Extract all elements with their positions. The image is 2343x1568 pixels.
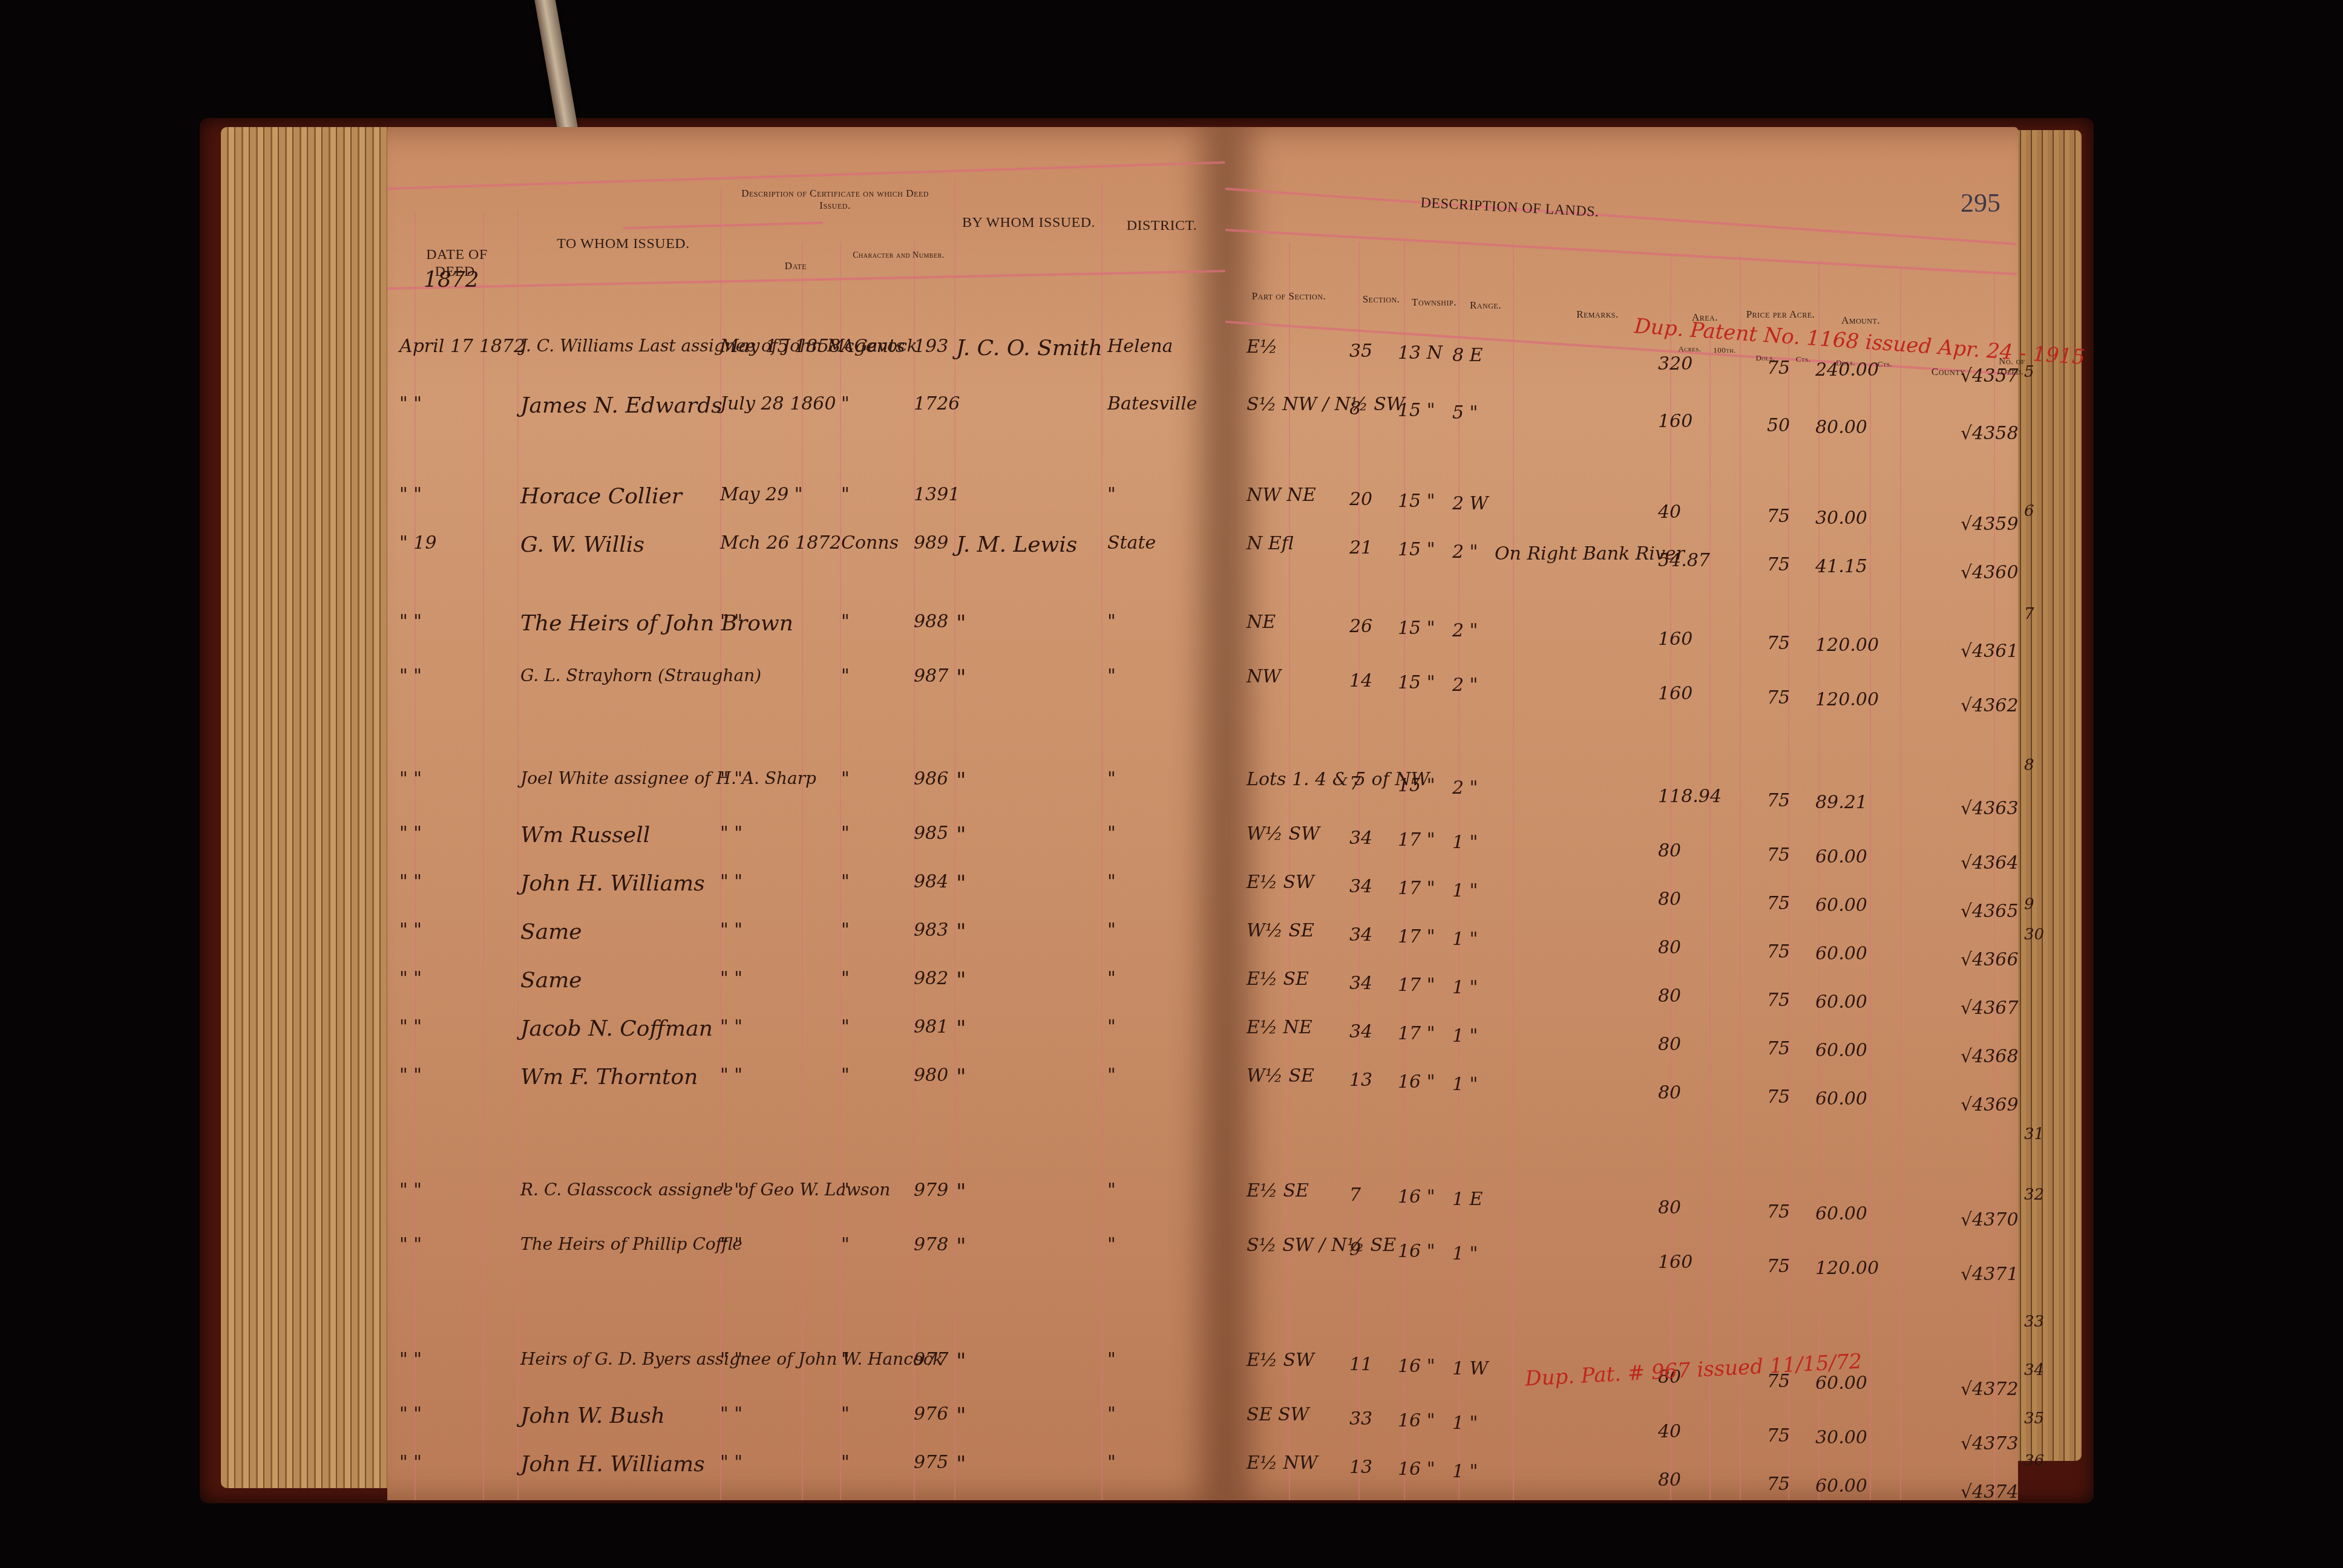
cell-by-whom: "	[956, 1452, 966, 1477]
cell-number: 1726	[914, 393, 960, 414]
margin-line-number: 8	[2024, 756, 2034, 774]
cell-district: "	[1107, 1065, 1116, 1086]
cell-section: 13	[1349, 1457, 1372, 1478]
cell-range: 1 "	[1452, 1461, 1478, 1482]
left-page: Date of Deed. To Whom Issued. Descriptio…	[387, 127, 1225, 1500]
cell-cert-date: May 29 "	[720, 484, 803, 505]
cell-township: 15 "	[1398, 618, 1435, 639]
cell-amount: 30.00	[1815, 508, 1867, 529]
cell-township: 15 "	[1398, 672, 1435, 693]
cell-by-whom: "	[956, 1065, 966, 1089]
margin-line-number: 9	[2024, 895, 2034, 913]
cell-district: "	[1107, 665, 1116, 687]
cell-character: "	[841, 920, 850, 941]
cell-cert-date: " "	[720, 768, 742, 789]
cell-name: Same	[520, 920, 582, 944]
cell-district: "	[1107, 823, 1116, 844]
cell-name: G. L. Strayhorn (Straughan)	[520, 665, 761, 685]
cell-section: 34	[1349, 924, 1372, 946]
cell-name: Wm F. Thornton	[520, 1065, 698, 1089]
col-rule	[1709, 327, 1711, 1500]
cell-amount: 120.00	[1815, 1258, 1879, 1279]
cell-cert-date: " "	[720, 1452, 742, 1473]
cell-part-of-section: E½ SW	[1247, 872, 1314, 893]
cell-township: 16 "	[1398, 1241, 1435, 1262]
cell-number: 981	[914, 1016, 948, 1037]
page-number: 295	[1961, 188, 2001, 218]
cell-deed-no: √4357	[1961, 365, 2018, 387]
cell-part-of-section: W½ SW	[1247, 823, 1320, 844]
cell-number: 982	[914, 968, 948, 989]
cell-date: " "	[399, 1403, 422, 1425]
cell-date: " "	[399, 1016, 422, 1037]
header-price-per-acre: Price per Acre.	[1743, 309, 1818, 321]
cell-number: 983	[914, 920, 948, 941]
cell-number: 979	[914, 1180, 948, 1201]
cell-part-of-section: E½	[1247, 336, 1277, 358]
cell-part-of-section: NW NE	[1247, 485, 1316, 506]
cell-number: 985	[914, 823, 948, 844]
header-top-rule	[387, 161, 1225, 190]
cell-date: " "	[399, 665, 422, 687]
cell-name: Horace Collier	[520, 484, 682, 509]
year-label: 1872	[424, 267, 479, 292]
cell-amount: 41.15	[1815, 556, 1867, 577]
cell-price-cts: 50	[1767, 415, 1790, 436]
cell-amount: 60.00	[1815, 1373, 1867, 1394]
cell-cert-date: July 28 1860	[720, 393, 836, 414]
cell-amount: 120.00	[1815, 635, 1879, 656]
col-rule	[1670, 254, 1671, 1500]
cell-amount: 60.00	[1815, 846, 1867, 867]
cell-cert-date: " "	[720, 1349, 742, 1370]
cell-range: 1 "	[1452, 977, 1478, 998]
header-certificate-date: Date	[762, 260, 829, 272]
cell-township: 15 "	[1398, 775, 1435, 796]
cell-section: 35	[1349, 341, 1372, 362]
cell-character: "	[841, 1349, 850, 1370]
cell-section: 21	[1349, 537, 1372, 558]
cell-character: "	[841, 1016, 850, 1037]
cell-number: 980	[914, 1065, 948, 1086]
cell-district: "	[1107, 1016, 1116, 1037]
cell-cert-date: " "	[720, 920, 742, 941]
cell-character: "	[841, 484, 850, 505]
cell-range: 2 W	[1452, 493, 1488, 514]
certificate-sub-rule	[623, 221, 823, 229]
cell-section: 33	[1349, 1408, 1372, 1429]
cell-range: 5 "	[1452, 402, 1478, 423]
cell-date: " "	[399, 393, 422, 414]
cell-character: "	[841, 968, 850, 989]
cell-section: 34	[1349, 973, 1372, 994]
cell-number: 978	[914, 1234, 948, 1255]
cell-section: 34	[1349, 1021, 1372, 1042]
cell-character: "	[841, 393, 850, 414]
right-page-stack	[2015, 130, 2082, 1461]
cell-deed-no: √4362	[1961, 695, 2018, 716]
cell-part-of-section: E½ NW	[1247, 1452, 1318, 1474]
cell-district: "	[1107, 1234, 1116, 1255]
cell-deed-no: √4370	[1961, 1209, 2018, 1230]
col-rule	[1870, 339, 1871, 1500]
cell-price-cts: 75	[1767, 941, 1790, 962]
cell-number: 988	[914, 611, 948, 632]
cell-township: 15 "	[1398, 539, 1435, 560]
col-rule	[1101, 181, 1103, 1500]
col-rule	[1994, 272, 1995, 1500]
cell-part-of-section: SE SW	[1247, 1404, 1309, 1425]
cell-acres: 160	[1658, 411, 1693, 432]
cell-range: 1 "	[1452, 1243, 1478, 1264]
col-rule	[720, 188, 721, 1500]
cell-number: 193	[914, 336, 948, 357]
cell-name: Wm Russell	[520, 823, 650, 848]
cell-township: 16 "	[1398, 1071, 1435, 1093]
cell-township: 17 "	[1398, 1023, 1435, 1044]
col-rule	[954, 181, 955, 1500]
cell-acres: 160	[1658, 629, 1693, 650]
cell-section: 34	[1349, 828, 1372, 849]
cell-date: " "	[399, 1234, 422, 1255]
cell-range: 1 W	[1452, 1358, 1488, 1379]
cell-cert-date: " "	[720, 1016, 742, 1037]
margin-line-number: 30	[2024, 926, 2044, 944]
cell-deed-no: √4373	[1961, 1433, 2018, 1454]
cell-district: State	[1107, 532, 1156, 554]
cell-number: 975	[914, 1452, 948, 1473]
header-remarks: Remarks.	[1552, 309, 1643, 321]
cell-district: "	[1107, 1403, 1116, 1425]
header-character-number: Character and Number.	[844, 251, 953, 261]
cell-date: " "	[399, 611, 422, 632]
col-rule	[1289, 242, 1290, 1500]
cell-amount: 60.00	[1815, 1040, 1867, 1061]
cell-range: 1 E	[1452, 1189, 1483, 1210]
cell-range: 2 "	[1452, 675, 1478, 696]
cell-price-cts: 75	[1767, 506, 1790, 527]
cell-township: 17 "	[1398, 975, 1435, 996]
header-certificate-description: Description of Certificate on which Deed…	[726, 188, 944, 211]
cell-character: Conns	[841, 532, 899, 554]
header-price-cts: Cts.	[1788, 355, 1818, 364]
cell-by-whom: "	[956, 1403, 966, 1428]
cell-deed-no: √4364	[1961, 852, 2018, 874]
cell-district: "	[1107, 968, 1116, 989]
col-rule	[1740, 254, 1741, 1500]
cell-acres: 80	[1658, 1197, 1681, 1218]
cell-amount: 60.00	[1815, 1203, 1867, 1224]
cell-township: 15 "	[1398, 400, 1435, 421]
cell-part-of-section: S½ SW / N½ SE	[1247, 1235, 1396, 1256]
cell-acres: 80	[1658, 1034, 1681, 1055]
cell-date: " "	[399, 1349, 422, 1370]
cell-name: The Heirs of John Brown	[520, 611, 793, 636]
cell-acres: 80	[1658, 840, 1681, 861]
cell-township: 16 "	[1398, 1459, 1435, 1480]
header-100th: 100th.	[1709, 346, 1740, 355]
cell-by-whom: "	[956, 968, 966, 993]
margin-line-number: 33	[2024, 1313, 2044, 1331]
cell-character: "	[841, 871, 850, 892]
cell-district: "	[1107, 611, 1116, 632]
col-rule	[1818, 260, 1820, 1500]
cell-price-cts: 75	[1767, 687, 1790, 708]
header-section: Section.	[1355, 293, 1407, 305]
cell-cert-date: " "	[720, 871, 742, 892]
col-rule	[1358, 242, 1360, 1500]
cell-by-whom: "	[956, 1180, 966, 1204]
cell-amount: 120.00	[1815, 689, 1879, 710]
cell-district: "	[1107, 768, 1116, 789]
cell-name: G. W. Willis	[520, 532, 644, 557]
cell-section: 9	[1349, 1239, 1361, 1260]
cell-by-whom: "	[956, 1016, 966, 1041]
cell-range: 8 E	[1452, 345, 1483, 366]
cell-price-cts: 75	[1767, 1256, 1790, 1277]
header-amount: Amount.	[1821, 315, 1900, 327]
cell-deed-no: √4368	[1961, 1046, 2018, 1067]
cell-date: " "	[399, 1452, 422, 1473]
cell-number: 976	[914, 1403, 948, 1425]
cell-part-of-section: S½ NW / N½ SW	[1247, 394, 1405, 415]
cell-part-of-section: NW	[1247, 666, 1281, 687]
cell-section: 26	[1349, 616, 1372, 637]
header-range: Range.	[1461, 299, 1510, 312]
cell-cert-date: " "	[720, 1065, 742, 1086]
cell-number: 977	[914, 1349, 948, 1370]
col-rule	[1900, 266, 1901, 1500]
cell-part-of-section: W½ SE	[1247, 1065, 1314, 1086]
cell-deed-no: √4366	[1961, 949, 2018, 970]
cell-number: 1391	[914, 484, 960, 505]
cell-district: "	[1107, 1452, 1116, 1473]
cell-by-whom: J. C. O. Smith	[956, 336, 1103, 361]
cell-deed-no: √4363	[1961, 798, 2018, 819]
cell-district: "	[1107, 871, 1116, 892]
cell-number: 986	[914, 768, 948, 789]
header-township: Township.	[1407, 296, 1461, 309]
cell-name: Jacob N. Coffman	[520, 1016, 713, 1041]
cell-number: 984	[914, 871, 948, 892]
cell-amount: 89.21	[1815, 792, 1867, 813]
cell-cert-date: Mch 26 1872	[720, 532, 841, 554]
cell-range: 1 "	[1452, 1025, 1478, 1047]
cell-township: 17 "	[1398, 829, 1435, 851]
cell-price-cts: 75	[1767, 1474, 1790, 1495]
cell-range: 1 "	[1452, 832, 1478, 853]
cell-deed-no: √4365	[1961, 901, 2018, 922]
cell-acres: 160	[1658, 1252, 1693, 1273]
cell-date: " "	[399, 1180, 422, 1201]
cell-by-whom: "	[956, 768, 966, 793]
cell-deed-no: √4372	[1961, 1379, 2018, 1400]
margin-line-number: 36	[2024, 1452, 2044, 1470]
cell-deed-no: √4360	[1961, 562, 2018, 583]
cell-character: "	[841, 1065, 850, 1086]
margin-line-number: 31	[2024, 1125, 2044, 1143]
cell-cert-date: " "	[720, 968, 742, 989]
left-page-stack	[221, 127, 390, 1488]
cell-cert-date: " "	[720, 611, 742, 632]
cell-date: " "	[399, 920, 422, 941]
cell-section: 8	[1349, 398, 1361, 419]
cell-part-of-section: E½ SE	[1247, 1180, 1309, 1201]
cell-date: " "	[399, 823, 422, 844]
header-part-of-section: Part of Section.	[1228, 290, 1349, 302]
cell-amount: 60.00	[1815, 1475, 1867, 1497]
col-rule	[1404, 242, 1405, 1500]
col-rule	[802, 242, 803, 1500]
cell-name: Joel White assignee of H. A. Sharp	[520, 768, 816, 788]
cell-township: 17 "	[1398, 878, 1435, 899]
cell-date: " 19	[399, 532, 437, 554]
col-rule	[483, 212, 484, 1500]
cell-date: " "	[399, 1065, 422, 1086]
cell-district: "	[1107, 1349, 1116, 1370]
cell-district: Helena	[1107, 336, 1173, 357]
cell-number: 987	[914, 665, 948, 687]
cell-district: "	[1107, 1180, 1116, 1201]
cell-by-whom: "	[956, 920, 966, 944]
margin-line-number: 7	[2024, 605, 2034, 623]
cell-acres: 40	[1658, 501, 1681, 523]
cell-cert-date: May 15 1858	[720, 336, 841, 357]
cell-by-whom: J. M. Lewis	[956, 532, 1077, 557]
header-description-of-lands: Description of Lands.	[1418, 195, 1601, 221]
cell-by-whom: "	[956, 1234, 966, 1259]
cell-deed-no: √4367	[1961, 998, 2018, 1019]
cell-part-of-section: E½ NE	[1247, 1017, 1312, 1038]
cell-cert-date: " "	[720, 1403, 742, 1425]
margin-line-number: 6	[2024, 502, 2034, 520]
cell-deed-no: √4371	[1961, 1264, 2018, 1285]
cell-section: 34	[1349, 876, 1372, 897]
cell-cert-date: " "	[720, 823, 742, 844]
cell-price-cts: 75	[1767, 1425, 1790, 1446]
cell-name: James N. Edwards	[520, 393, 723, 418]
cell-amount: 80.00	[1815, 417, 1867, 438]
margin-line-number: 35	[2024, 1410, 2044, 1428]
cell-date: " "	[399, 968, 422, 989]
cell-amount: 60.00	[1815, 1088, 1867, 1109]
cell-character: "	[841, 1180, 850, 1201]
cell-acres: 80	[1658, 1082, 1681, 1103]
cell-part-of-section: E½ SW	[1247, 1350, 1314, 1371]
cell-acres: 80	[1658, 889, 1681, 910]
col-rule	[1458, 242, 1460, 1500]
cell-district: "	[1107, 484, 1116, 505]
cell-by-whom: "	[956, 665, 966, 690]
cell-amount: 240.00	[1815, 359, 1879, 381]
header-district: District.	[1107, 218, 1216, 235]
cell-character: "	[841, 823, 850, 844]
cell-by-whom: "	[956, 871, 966, 896]
cell-price-cts: 75	[1767, 1201, 1790, 1223]
cell-amount: 60.00	[1815, 895, 1867, 916]
cell-price-cts: 75	[1767, 1038, 1790, 1059]
cell-section: 13	[1349, 1070, 1372, 1091]
cell-by-whom: "	[956, 1349, 966, 1374]
margin-line-number: 34	[2024, 1361, 2044, 1379]
cell-amount: 60.00	[1815, 991, 1867, 1013]
cell-character: "	[841, 611, 850, 632]
cell-price-cts: 75	[1767, 554, 1790, 575]
cell-township: 17 "	[1398, 926, 1435, 947]
cell-price-cts: 75	[1767, 790, 1790, 811]
cell-range: 1 "	[1452, 880, 1478, 901]
cell-acres: 80	[1658, 985, 1681, 1007]
cell-date: " "	[399, 768, 422, 789]
cell-price-cts: 75	[1767, 844, 1790, 866]
cell-character: "	[841, 1403, 850, 1425]
header-acres: Acres.	[1670, 345, 1709, 354]
cell-by-whom: "	[956, 823, 966, 848]
cell-amount: 30.00	[1815, 1427, 1867, 1448]
cell-price-cts: 75	[1767, 990, 1790, 1011]
cell-name: John W. Bush	[520, 1403, 665, 1428]
cell-range: 1 "	[1452, 929, 1478, 950]
cell-date: April 17 1872	[399, 336, 525, 357]
cell-name: Same	[520, 968, 582, 993]
cell-price-cts: 75	[1767, 1086, 1790, 1108]
cell-range: 2 "	[1452, 620, 1478, 641]
cell-price-cts: 75	[1767, 893, 1790, 914]
cell-section: 7	[1349, 1184, 1361, 1206]
cell-by-whom: "	[956, 611, 966, 636]
col-rule	[517, 212, 519, 1500]
cell-remarks: On Right Bank River	[1495, 543, 1685, 564]
header-to-whom-issued: To Whom Issued.	[539, 236, 708, 253]
cell-part-of-section: N Efl	[1247, 533, 1294, 554]
header-bottom-rule	[387, 270, 1225, 290]
cell-acres: 80	[1658, 1469, 1681, 1491]
cell-section: 14	[1349, 670, 1372, 691]
cell-part-of-section: E½ SE	[1247, 969, 1309, 990]
header-by-whom-issued: By Whom Issued.	[959, 215, 1098, 232]
cell-price-cts: 75	[1767, 358, 1790, 379]
cell-deed-no: √4369	[1961, 1094, 2018, 1116]
cell-range: 1 "	[1452, 1413, 1478, 1434]
cell-date: " "	[399, 871, 422, 892]
cell-acres: 160	[1658, 683, 1693, 704]
margin-line-number: 32	[2024, 1186, 2044, 1204]
cell-township: 13 N	[1398, 342, 1443, 364]
cell-acres: 54.87	[1658, 550, 1710, 571]
cell-deed-no: √4358	[1961, 423, 2018, 444]
cell-section: 20	[1349, 489, 1372, 510]
cell-cert-date: " "	[720, 1234, 742, 1255]
cell-acres: 320	[1658, 353, 1693, 374]
cell-part-of-section: NE	[1247, 612, 1276, 633]
cell-township: 16 "	[1398, 1410, 1435, 1431]
cell-date: " "	[399, 484, 422, 505]
cell-range: 2 "	[1452, 777, 1478, 799]
cell-district: "	[1107, 920, 1116, 941]
cell-township: 16 "	[1398, 1186, 1435, 1207]
cell-name: John H. Williams	[520, 871, 705, 896]
cell-character: "	[841, 768, 850, 789]
cell-amount: 60.00	[1815, 943, 1867, 964]
cell-number: 989	[914, 532, 948, 554]
cell-range: 1 "	[1452, 1074, 1478, 1095]
cell-name: R. C. Glasscock assignee of Geo W. Lawso…	[520, 1180, 890, 1200]
cell-cert-date: " "	[720, 1180, 742, 1201]
col-rule	[1513, 242, 1514, 1500]
cell-district: Batesville	[1107, 393, 1198, 414]
cell-section: 7	[1349, 773, 1361, 794]
cell-name: John H. Williams	[520, 1452, 705, 1477]
